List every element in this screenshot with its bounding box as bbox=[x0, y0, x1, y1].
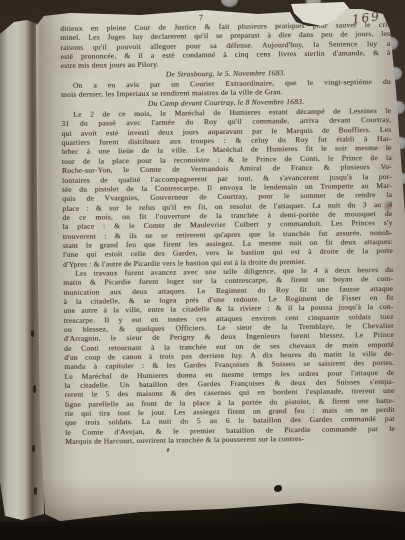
paragraph: Le 2 de ce mois, le Maréchal de Humieres… bbox=[61, 106, 393, 269]
book-page: 7 ditieux en pleine Cour de Justice & fa… bbox=[0, 0, 405, 540]
page-text: 7 ditieux en pleine Cour de Justice & fa… bbox=[60, 11, 395, 446]
background-shadow bbox=[0, 521, 405, 540]
binding-stitch bbox=[33, 385, 36, 393]
binding-stitch bbox=[34, 487, 37, 495]
binding-stitch bbox=[31, 330, 34, 337]
paragraph: ditieux en pleine Cour de Justice & fait… bbox=[60, 20, 391, 71]
paragraph: Les travaux furent avancez avec une tell… bbox=[63, 265, 395, 447]
gray-dot bbox=[221, 0, 238, 7]
book-photo: 7 ditieux en pleine Cour de Justice & fa… bbox=[0, 0, 405, 540]
page-text-body: ditieux en pleine Cour de Justice & fait… bbox=[60, 20, 395, 446]
binding-stitch bbox=[32, 445, 35, 452]
